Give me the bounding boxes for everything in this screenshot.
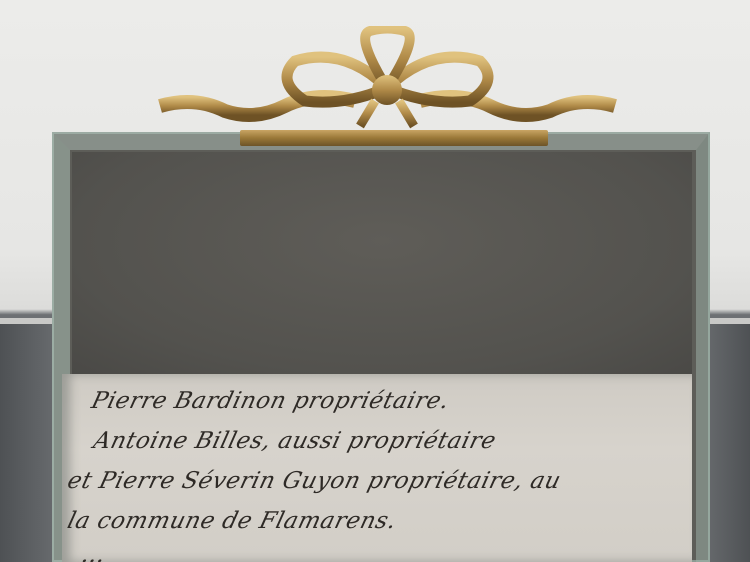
crest-mounting-bar (240, 130, 548, 146)
manuscript-line-2: Antoine Billes, aussi propriétaire (91, 428, 499, 454)
manuscript-line-3: et Pierre Séverin Guyon propriétaire, au (65, 468, 564, 494)
manuscript-line-5: … (79, 542, 109, 562)
manuscript-paper: Pierre Bardinon propriétaire. Antoine Bi… (62, 374, 692, 562)
tabletop-left (0, 324, 60, 562)
manuscript-line-4: la commune de Flamarens. (65, 508, 399, 534)
manuscript-line-1: Pierre Bardinon propriétaire. (89, 388, 452, 414)
